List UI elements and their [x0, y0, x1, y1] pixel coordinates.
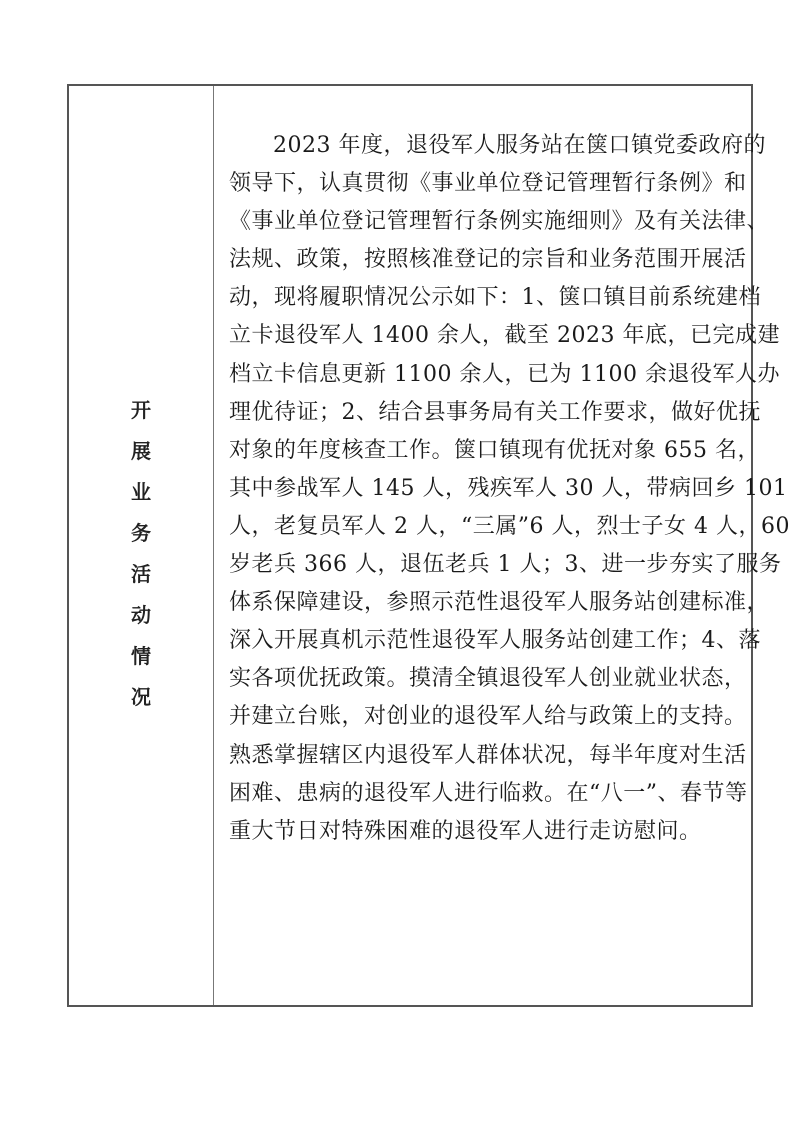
- text-line: 动，现将履职情况公示如下：1、箧口镇目前系统建档: [229, 279, 741, 317]
- label-char: 动: [69, 595, 213, 636]
- text-line: 对象的年度核查工作。箧口镇现有优抚对象 655 名，: [229, 432, 741, 470]
- text-line: 《事业单位登记管理暂行条例实施细则》及有关法律、: [229, 203, 741, 241]
- body-paragraph: 2023 年度，退役军人服务站在箧口镇党委政府的 领导下，认真贯彻《事业单位登记…: [229, 127, 741, 851]
- text-line: 人，老复员军人 2 人，“三属”6 人，烈士子女 4 人，60: [229, 508, 741, 546]
- document-table: 开 展 业 务 活 动 情 况 2023 年度，退役军人服务站在箧口镇党委政府的…: [67, 84, 753, 1007]
- label-char: 活: [69, 554, 213, 595]
- text-line: 体系保障建设，参照示范性退役军人服务站创建标准，: [229, 584, 741, 622]
- content-cell: 2023 年度，退役军人服务站在箧口镇党委政府的 领导下，认真贯彻《事业单位登记…: [229, 127, 741, 851]
- text-line: 理优待证；2、结合县事务局有关工作要求，做好优抚: [229, 394, 741, 432]
- text-line: 法规、政策，按照核准登记的宗旨和业务范围开展活: [229, 241, 741, 279]
- section-label-vertical: 开 展 业 务 活 动 情 况: [69, 390, 213, 718]
- text-line: 重大节日对特殊困难的退役军人进行走访慰问。: [229, 813, 741, 851]
- label-char: 业: [69, 472, 213, 513]
- text-line: 立卡退役军人 1400 余人，截至 2023 年底，已完成建: [229, 317, 741, 355]
- label-char: 务: [69, 513, 213, 554]
- label-cell: 开 展 业 务 活 动 情 况: [69, 86, 213, 1005]
- text-line: 档立卡信息更新 1100 余人，已为 1100 余退役军人办: [229, 356, 741, 394]
- text-line: 2023 年度，退役军人服务站在箧口镇党委政府的: [229, 127, 741, 165]
- text-line: 深入开展真机示范性退役军人服务站创建工作；4、落: [229, 622, 741, 660]
- column-divider: [213, 86, 214, 1005]
- text-line: 实各项优抚政策。摸清全镇退役军人创业就业状态，: [229, 660, 741, 698]
- text-line: 领导下，认真贯彻《事业单位登记管理暂行条例》和: [229, 165, 741, 203]
- text-line: 其中参战军人 145 人，残疾军人 30 人，带病回乡 101: [229, 470, 741, 508]
- text-line: 熟悉掌握辖区内退役军人群体状况，每半年度对生活: [229, 737, 741, 775]
- label-char: 况: [69, 677, 213, 718]
- text-line: 困难、患病的退役军人进行临救。在“八一”、春节等: [229, 775, 741, 813]
- text-line: 并建立台账，对创业的退役军人给与政策上的支持。: [229, 698, 741, 736]
- label-char: 情: [69, 636, 213, 677]
- label-char: 开: [69, 390, 213, 431]
- text-line: 岁老兵 366 人，退伍老兵 1 人；3、进一步夯实了服务: [229, 546, 741, 584]
- label-char: 展: [69, 431, 213, 472]
